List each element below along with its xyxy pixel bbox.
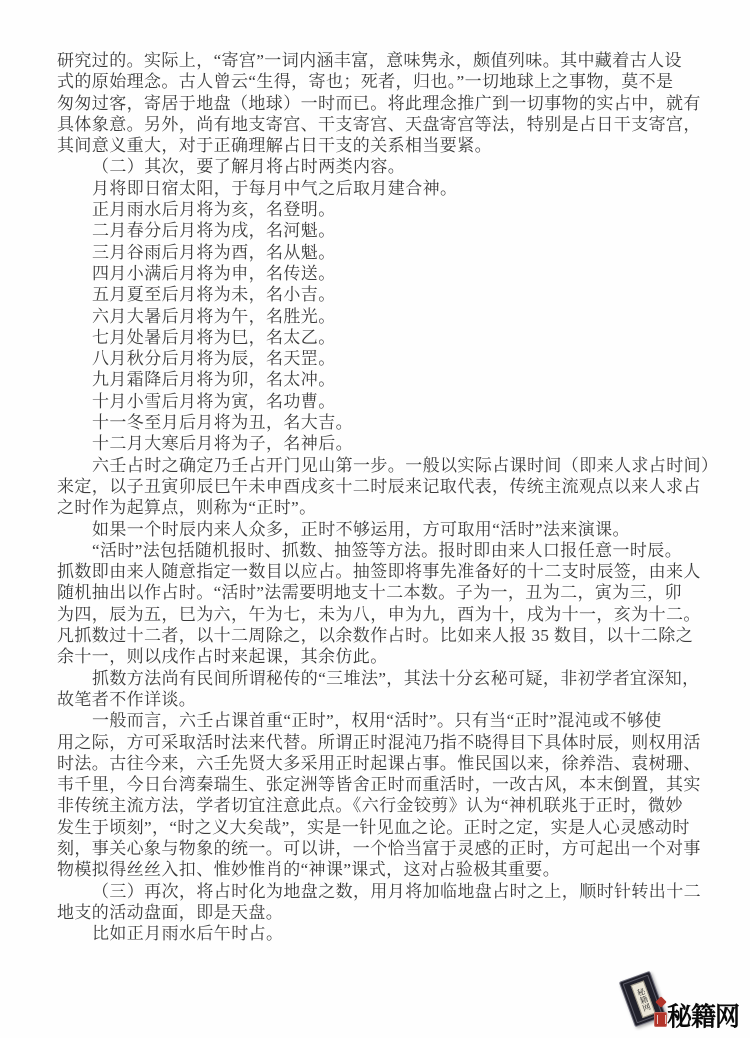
text-line: 五月夏至后月将为未，名小吉。 [57,284,702,305]
text-line: 时法。古往今来，六壬先贤大多采用正时起课占事。惟民国以来，徐养浩、袁树珊、 [57,753,702,774]
text-line: 十二月大寒后月将为子，名神后。 [57,433,702,454]
text-line: 非传统主流方法，学者切宜注意此点。《六行金铰剪》认为“神机联兆于正时，微妙 [57,795,702,816]
text-line: 为四，辰为五，巳为六，午为七，未为八，申为九，酉为十，戌为十一，亥为十二。 [57,604,702,625]
text-line: 六壬占时之确定乃壬占开门见山第一步。一般以实际占课时间（即来人求占时间） [57,455,702,476]
text-line: 如果一个时辰内来人众多，正时不够运用，方可取用“活时”法来演课。 [57,519,702,540]
text-line: 发生于顷刻”，“时之义大矣哉”，实是一针见血之论。正时之定，实是人心灵感动时 [57,817,702,838]
text-line: 九月霜降后月将为卯，名太冲。 [57,369,702,390]
text-line: 十月小雪后月将为寅，名功曹。 [57,391,702,412]
text-line: 随机抽出以作占时。“活时”法需要明地支十二本数。子为一，丑为二，寅为三，卯 [57,582,702,603]
text-line: 七月处暑后月将为巳，名太乙。 [57,327,702,348]
text-line: 三月谷雨后月将为酉，名从魁。 [57,242,702,263]
text-line: 刻，事关心象与物象的统一。可以讲，一个恰当富于灵感的正时，方可起出一个对事 [57,838,702,859]
text-line: 四月小满后月将为申，名传送。 [57,263,702,284]
text-line: 八月秋分后月将为辰，名天罡。 [57,348,702,369]
document-page: 研究过的。实际上，“寄宫”一词内涵丰富，意味隽永，颇值列味。其中藏着古人设式的原… [0,0,750,1038]
text-line: 二月春分后月将为戌，名河魁。 [57,220,702,241]
text-line: 比如正月雨水后午时占。 [57,923,702,944]
text-line: 抓数即由来人随意指定一数目以应占。抽签即将事先准备好的十二支时辰签，由来人 [57,561,702,582]
text-line: 其间意义重大，对于正确理解占日干支的关系相当要紧。 [57,135,702,156]
text-line: 月将即日宿太阳，于每月中气之后取月建合神。 [57,178,702,199]
text-line: 六月大暑后月将为午，名胜光。 [57,306,702,327]
text-line: 故笔者不作详谈。 [57,689,702,710]
text-line: 余十一，则以戌作占时来起课，其余仿此。 [57,646,702,667]
text-line: 来定，以子丑寅卯辰巳午未申酉戌亥十二时辰来记取代表，传统主流观点以来人求占 [57,476,702,497]
text-line: 研究过的。实际上，“寄宫”一词内涵丰富，意味隽永，颇值列味。其中藏着古人设 [57,50,702,71]
watermark: 秘籍网 秘籍网 [610,955,750,1038]
text-line: 式的原始理念。古人曾云“生得，寄也；死者，归也。”一切地球上之事物，莫不是 [57,71,702,92]
red-seal-icon [654,1012,667,1027]
text-line: 凡抓数过十二者，以十二周除之，以余数作占时。比如来人报 35 数目，以十二除之 [57,625,702,646]
text-line: 十一冬至月后月将为丑，名大吉。 [57,412,702,433]
document-text: 研究过的。实际上，“寄宫”一词内涵丰富，意味隽永，颇值列味。其中藏着古人设式的原… [57,50,702,944]
text-line: 用之际，方可采取活时法来代替。所谓正时混沌乃指不晓得目下具体时辰，则权用活 [57,732,702,753]
text-line: （三）再次，将占时化为地盘之数，用月将加临地盘占时之上，顺时针转出十二 [57,881,702,902]
text-line: 正月雨水后月将为亥，名登明。 [57,199,702,220]
text-line: 抓数方法尚有民间所谓秘传的“三堆法”，其法十分玄秘可疑，非初学者宜深知， [57,668,702,689]
text-line: 地支的活动盘面，即是天盘。 [57,902,702,923]
text-line: “活时”法包括随机报时、抓数、抽签等方法。报时即由来人口报任意一时辰。 [57,540,702,561]
text-line: 匆匆过客，寄居于地盘（地球）一时而已。将此理念推广到一切事物的实占中，就有 [57,93,702,114]
text-line: 一般而言，六壬占课首重“正时”，权用“活时”。只有当“正时”混沌或不够使 [57,710,702,731]
text-line: 具体象意。另外，尚有地支寄宫、干支寄宫、天盘寄宫等法，特别是占日干支寄宫， [57,114,702,135]
watermark-site-name: 秘籍网 [667,996,747,1034]
text-line: 韦千里，今日台湾秦瑞生、张定洲等皆舍正时而重活时，一改古风，本末倒置，其实 [57,774,702,795]
text-line: 物模拟得丝丝入扣、惟妙惟肖的“神课”课式，这对占验极其重要。 [57,859,702,880]
text-line: 之时作为起算点，则称为“正时”。 [57,497,702,518]
text-line: （二）其次，要了解月将占时两类内容。 [57,156,702,177]
